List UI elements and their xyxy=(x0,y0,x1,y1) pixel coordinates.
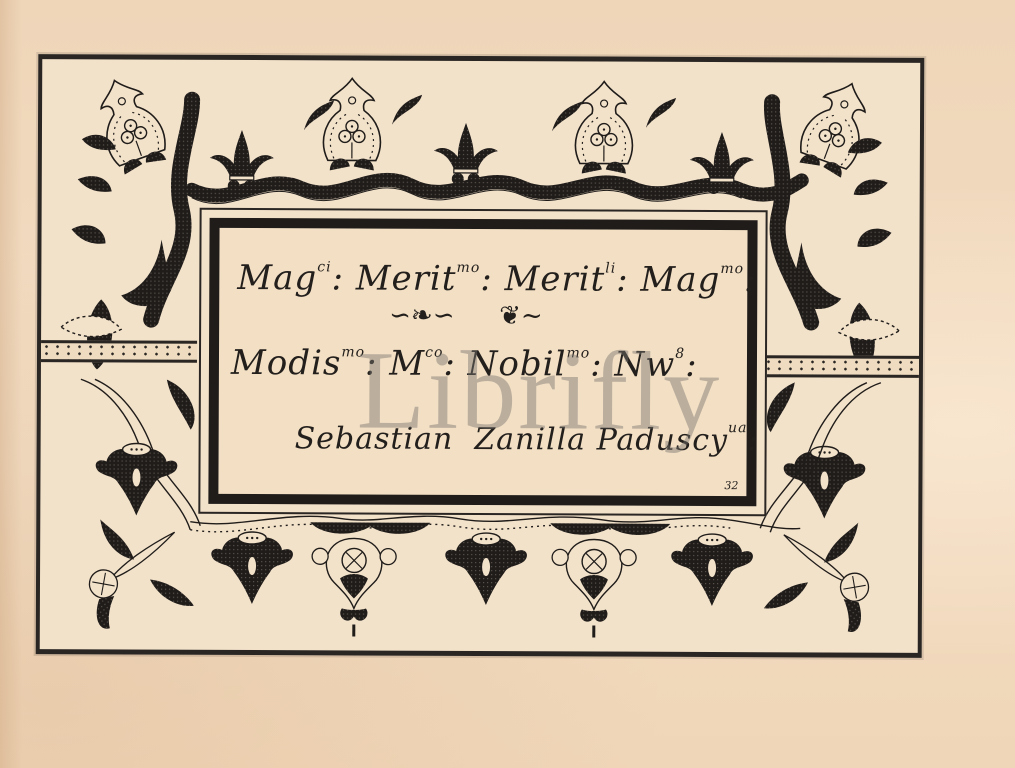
engraved-plate: Magci: Meritmo: Meritli: Magmo: ∽❧∽ ❦∼ M… xyxy=(36,54,925,658)
word: Merit xyxy=(504,259,605,299)
cartouche-outer-border: Magci: Meritmo: Meritli: Magmo: ∽❧∽ ❦∼ M… xyxy=(198,208,767,516)
word: Sebastian xyxy=(295,421,454,457)
word: Merit xyxy=(356,258,457,298)
word: M xyxy=(389,344,425,384)
superscript: co xyxy=(425,345,443,361)
calligraphy-line-2: Modismo: Mco: Nobilmo: Nw8: xyxy=(231,343,698,385)
dotted-side-band-left xyxy=(41,340,197,363)
superscript: 8 xyxy=(675,346,685,362)
page-number: 32 xyxy=(724,479,738,492)
superscript: ua xyxy=(728,420,747,436)
superscript: li xyxy=(605,261,616,277)
calligraphy-line-3: Sebastian Zanilla Paduscyua: xyxy=(295,418,759,458)
word: Mag xyxy=(640,260,720,300)
calligraphy-line-1: Magci: Meritmo: Meritli: Magmo: xyxy=(237,258,756,300)
superscript: mo xyxy=(341,344,365,360)
word: Nobil xyxy=(468,344,567,384)
page-margin-shadow xyxy=(0,0,22,768)
flourish-ornament-icon: ∽❧∽ xyxy=(389,301,454,331)
word: Mag xyxy=(237,258,317,298)
superscript: mo xyxy=(720,261,744,277)
word: Zanilla Paduscy xyxy=(474,422,728,458)
word: Modis xyxy=(231,343,342,383)
dotted-side-band-right xyxy=(763,355,919,378)
calligraphy-text: Magci: Meritmo: Meritli: Magmo: ∽❧∽ ❦∼ M… xyxy=(218,228,747,496)
superscript: mo xyxy=(566,345,590,361)
superscript: ci xyxy=(317,259,331,275)
word: Nw xyxy=(614,345,675,385)
superscript: mo xyxy=(457,260,481,276)
flourish-ornament-icon: ❦∼ xyxy=(499,301,543,331)
cartouche-frame: Magci: Meritmo: Meritli: Magmo: ∽❧∽ ❦∼ M… xyxy=(208,218,757,506)
